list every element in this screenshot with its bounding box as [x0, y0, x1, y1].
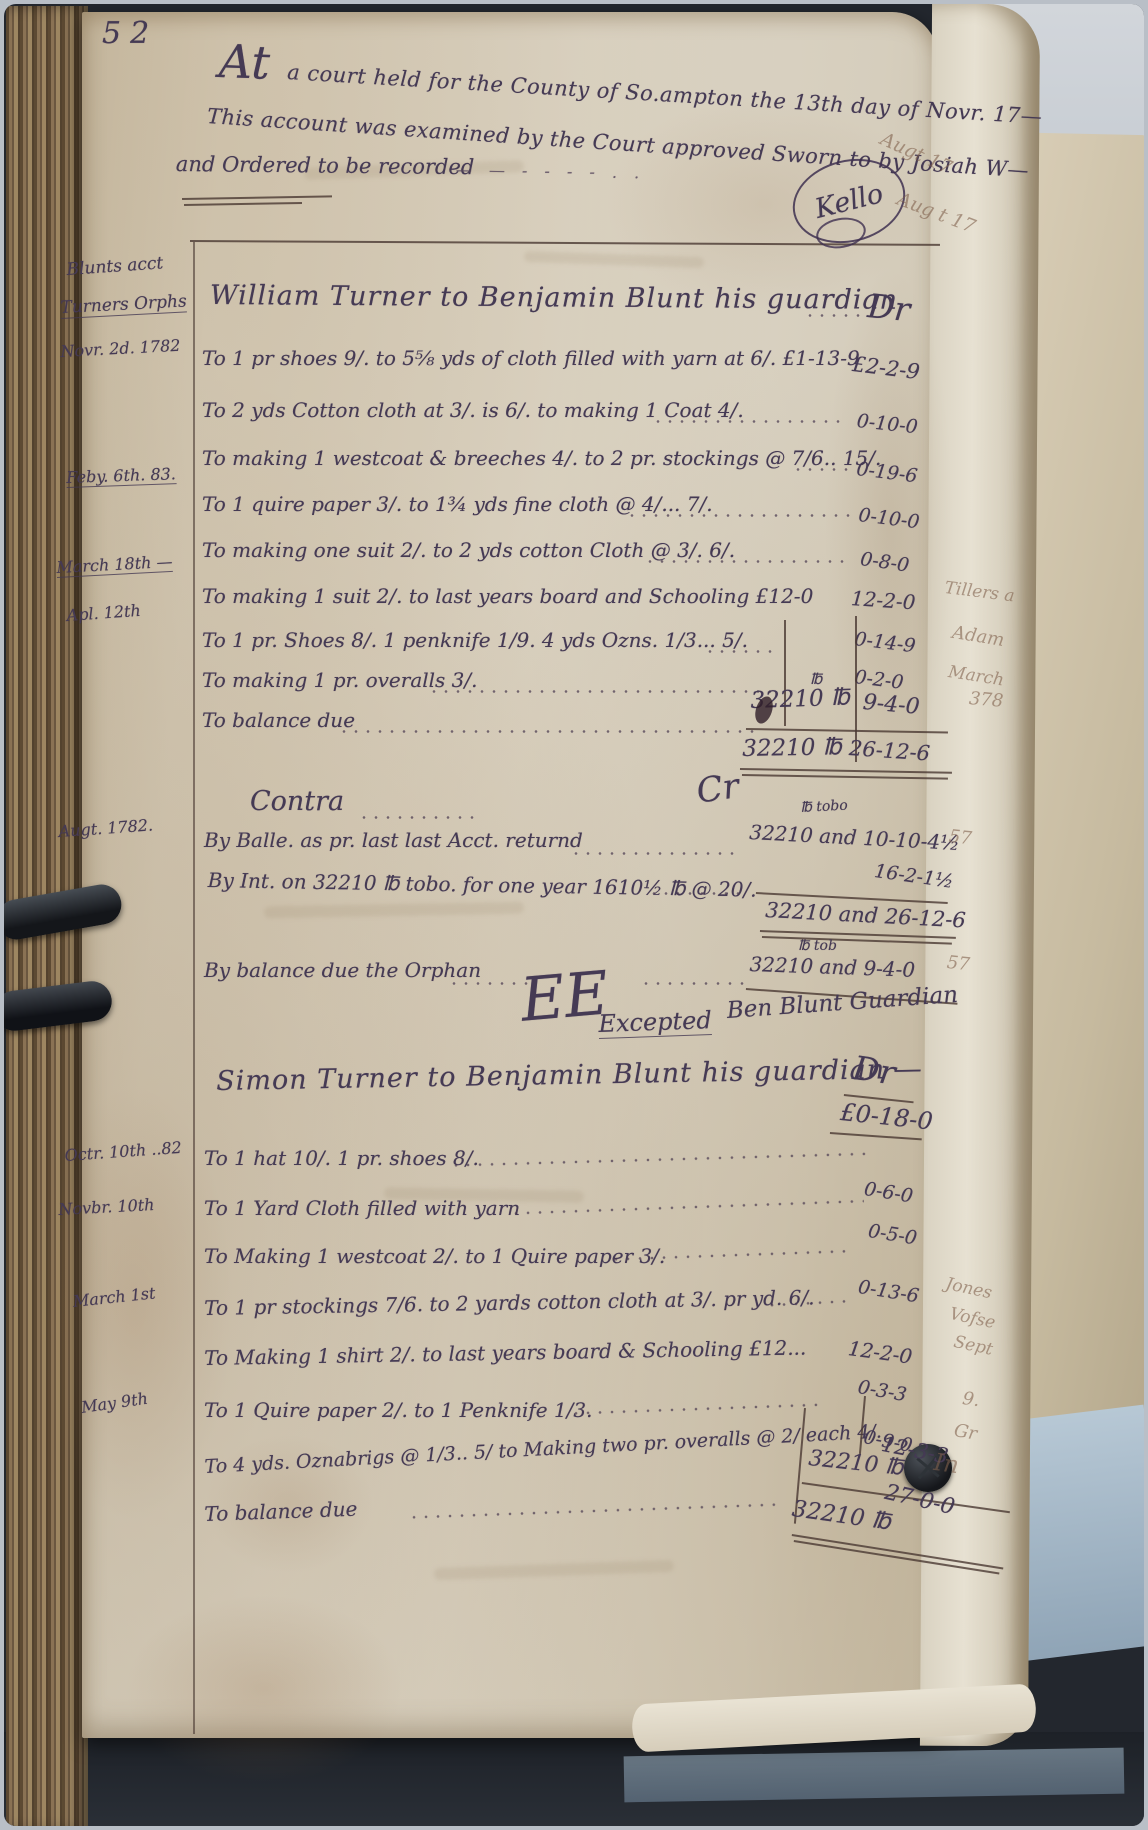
ledger-entry: To Making 1 westcoat 2/. to 1 Quire pape… [204, 1244, 665, 1268]
ledger-entry: To 1 Quire paper 2/. to 1 Penknife 1/3. [204, 1398, 593, 1422]
header-trailing-dashes: — — - - - - . . [456, 160, 646, 182]
lb-tobacco-label: ℔ tobo [800, 798, 848, 816]
manuscript-photo: 52 At a court held for the County of So.… [0, 0, 1148, 1830]
leader-dots [358, 816, 474, 819]
flourish-ee: EE [518, 958, 611, 1035]
ledger-entry: To making 1 pr. overalls 3/. [202, 668, 478, 692]
ledger-entry: To 1 hat 10/. 1 pr. shoes 8/. [204, 1146, 479, 1170]
excepted-label: Excepted [598, 1006, 712, 1039]
court-header-line3: and Ordered to be recorded [176, 152, 475, 179]
lb-tobacco-label: ℔ tob [798, 938, 837, 954]
table-strip-bottom [624, 1748, 1125, 1803]
facing-page-bleed-text: 9. [961, 1388, 981, 1411]
contra-heading: Contra [250, 786, 344, 817]
contra-cr-label: Cr [694, 766, 741, 811]
facing-page-bleed-text: 57 [946, 952, 971, 975]
account1-title: William Turner to Benjamin Blunt his gua… [210, 280, 898, 316]
facing-page-bleed-text: Gr [952, 1420, 978, 1445]
leader-dots [792, 468, 852, 471]
entry-date: Feby. 6th. 83. [66, 464, 176, 488]
photo-background: 52 At a court held for the County of So.… [4, 4, 1144, 1826]
leader-dots [652, 420, 848, 423]
leader-dots [644, 560, 852, 563]
facing-page-bleed-text: In [932, 1448, 961, 1479]
account1-dr-label: Dr [866, 286, 912, 329]
entry-amount: 12-2-0 [850, 586, 916, 614]
balance-amount: 9-4-0 [862, 690, 921, 720]
leader-dots [648, 892, 744, 895]
ledger-entry: To making 1 westcoat & breeches 4/. to 2… [202, 446, 881, 470]
leader-dots [804, 314, 868, 317]
ledger-entry: By balance due the Orphan [204, 958, 481, 982]
leader-dots [704, 650, 772, 653]
ledger-entry: To balance due [202, 708, 355, 732]
ledger-entry: To 2 yds Cotton cloth at 3/. is 6/. to m… [202, 398, 744, 422]
ledger-entry: To 1 pr shoes 9/. to 5⅝ yds of cloth fil… [202, 346, 860, 370]
ledger-entry: To 1 Yard Cloth filled with yarn [204, 1196, 520, 1220]
ledger-entry: To making one suit 2/. to 2 yds cotton C… [202, 538, 735, 562]
leader-dots [338, 730, 758, 733]
leader-dots [640, 982, 744, 985]
header-drop-cap: At [218, 34, 271, 90]
leader-dots [570, 852, 738, 855]
facing-page-bleed-text: 378 [968, 688, 1004, 712]
ledger-entry: To 1 pr. Shoes 8/. 1 penknife 1/9. 4 yds… [202, 628, 748, 652]
page-number: 52 [102, 16, 158, 51]
leader-dots [626, 514, 852, 517]
ledger-entry: To making 1 suit 2/. to last years board… [202, 584, 813, 608]
leader-dots [428, 690, 772, 693]
margin-column-rule [193, 242, 195, 1734]
facing-page-bleed-text: 57 [948, 826, 973, 849]
total-tobacco: 32210 ℔ [742, 734, 842, 762]
ledger-entry: To 1 quire paper 3/. to 1¾ yds fine clot… [202, 492, 713, 516]
ledger-entry: By Balle. as pr. last last Acct. returnd [204, 828, 583, 852]
